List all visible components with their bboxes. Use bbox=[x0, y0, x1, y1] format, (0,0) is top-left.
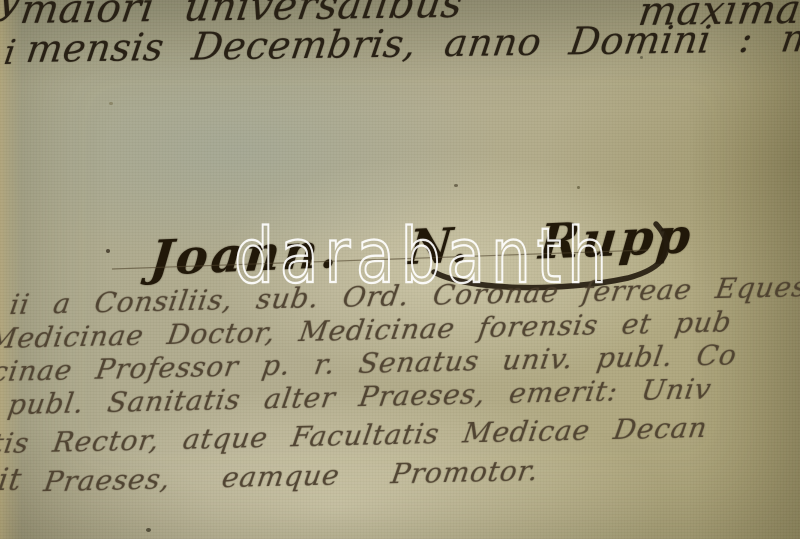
bottom-left-fragment: it bbox=[0, 465, 24, 496]
ink-speck bbox=[146, 528, 151, 532]
ink-dot bbox=[106, 249, 110, 253]
date-line: mensis Decembris, anno Domini : millesim… bbox=[24, 17, 800, 68]
body-line-6: Praeses, eamque Promotor. bbox=[42, 457, 541, 496]
signature: Joann. N. Rupp bbox=[148, 212, 695, 283]
date-line-lead-fragment: i bbox=[2, 36, 18, 70]
manuscript-photo: y maiori universalibus maximam i mensis … bbox=[0, 0, 800, 539]
ink-speck bbox=[454, 184, 458, 187]
body-line-5: tis Rector, atque Facultatis Medicae Dec… bbox=[0, 414, 710, 458]
ink-speck bbox=[577, 186, 580, 189]
ink-speck bbox=[109, 102, 113, 105]
